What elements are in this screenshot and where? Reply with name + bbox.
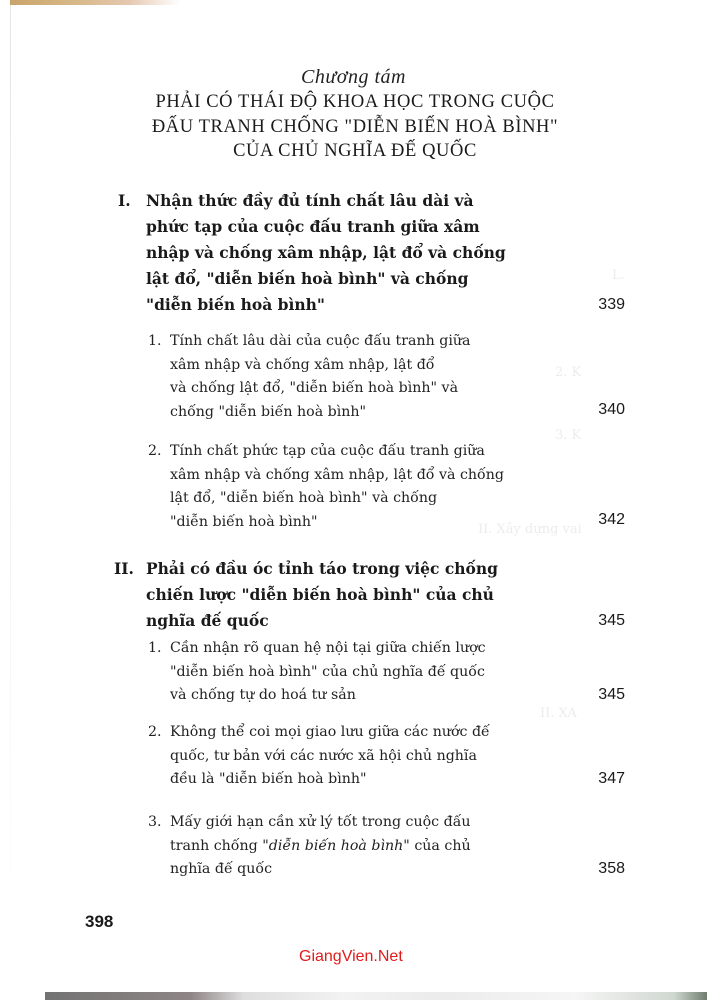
chapter-title: PHẢI CÓ THÁI ĐỘ KHOA HỌC TRONG CUỘC ĐẤU …	[130, 90, 580, 164]
page-number: 358	[598, 860, 625, 878]
page-number: 342	[598, 511, 625, 529]
subsection-title: Tính chất phức tạp của cuộc đấu tranh gi…	[170, 440, 504, 534]
chapter-label: Chương tám	[0, 66, 707, 89]
folio-page-number: 398	[85, 912, 113, 932]
subsection-numeral: 2.	[148, 721, 162, 745]
section-title-line: phức tạp của cuộc đấu tranh giữa xâm	[146, 214, 506, 240]
subsection-title-line: xâm nhập và chống xâm nhập, lật đổ	[170, 354, 471, 378]
subsection-text: của chủ	[410, 838, 471, 854]
subsection-numeral: 3.	[148, 811, 162, 835]
section-title-line: "diễn biến hoà bình"	[146, 292, 506, 318]
subsection-title-line: Mấy giới hạn cần xử lý tốt trong cuộc đấ…	[170, 811, 471, 835]
chapter-title-line: ĐẤU TRANH CHỐNG "DIỄN BIẾN HOÀ BÌNH"	[130, 115, 580, 140]
subsection-title-line: Không thể coi mọi giao lưu giữa các nước…	[170, 721, 490, 745]
section-title-line: nhập và chống xâm nhập, lật đổ và chống	[146, 240, 506, 266]
scan-edge-bottom	[45, 992, 707, 1000]
subsection-title-line: tranh chống "diễn biến hoà bình" của chủ	[170, 835, 471, 859]
section-numeral: I.	[118, 188, 131, 214]
section-title-line: lật đổ, "diễn biến hoà bình" và chống	[146, 266, 506, 292]
page-number: 339	[598, 296, 625, 314]
subsection-numeral: 1.	[148, 637, 162, 661]
subsection-title-line: Tính chất lâu dài của cuộc đấu tranh giữ…	[170, 330, 471, 354]
subsection-title: Không thể coi mọi giao lưu giữa các nước…	[170, 721, 490, 792]
scan-edge-left	[10, 5, 11, 955]
page-number: 340	[598, 401, 625, 419]
subsection-italic-phrase: "diễn biến hoà bình"	[262, 838, 410, 854]
subsection-title-line: Cần nhận rõ quan hệ nội tại giữa chiến l…	[170, 637, 486, 661]
bleed-through-text: 2. K	[555, 365, 581, 380]
subsection-title-line: "diễn biến hoà bình"	[170, 511, 504, 535]
bleed-through-text: 3. K	[555, 428, 581, 443]
subsection-title-line: "diễn biến hoà bình" của chủ nghĩa đế qu…	[170, 661, 486, 685]
chapter-title-line: CỦA CHỦ NGHĨA ĐẾ QUỐC	[130, 139, 580, 164]
section-title-line: nghĩa đế quốc	[146, 608, 498, 634]
subsection-title-line: quốc, tư bản với các nước xã hội chủ ngh…	[170, 745, 490, 769]
section-title-line: Nhận thức đầy đủ tính chất lâu dài và	[146, 188, 506, 214]
subsection-title-line: nghĩa đế quốc	[170, 858, 471, 882]
subsection-title-line: đều là "diễn biến hoà bình"	[170, 768, 490, 792]
book-page: L. 2. K 3. K II. Xây dựng vai II. XA Chư…	[0, 0, 707, 1000]
scan-edge-top	[10, 0, 180, 5]
bleed-through-text: L.	[612, 268, 625, 283]
subsection-title: Tính chất lâu dài của cuộc đấu tranh giữ…	[170, 330, 471, 424]
section-title-line: chiến lược "diễn biến hoà bình" của chủ	[146, 582, 498, 608]
subsection-title-line: Tính chất phức tạp của cuộc đấu tranh gi…	[170, 440, 504, 464]
page-number: 345	[598, 686, 625, 704]
subsection-title: Cần nhận rõ quan hệ nội tại giữa chiến l…	[170, 637, 486, 708]
subsection-numeral: 1.	[148, 330, 162, 354]
section-title-line: Phải có đầu óc tỉnh táo trong việc chống	[146, 556, 498, 582]
section-numeral: II.	[114, 556, 134, 582]
subsection-title-line: lật đổ, "diễn biến hoà bình" và chống	[170, 487, 504, 511]
subsection-title-line: và chống lật đổ, "diễn biến hoà bình" và	[170, 377, 471, 401]
section-title: Nhận thức đầy đủ tính chất lâu dài và ph…	[146, 188, 506, 318]
subsection-numeral: 2.	[148, 440, 162, 464]
subsection-title-line: và chống tự do hoá tư sản	[170, 684, 486, 708]
page-number: 345	[598, 612, 625, 630]
watermark-link[interactable]: GiangVien.Net	[299, 948, 403, 966]
subsection-title: Mấy giới hạn cần xử lý tốt trong cuộc đấ…	[170, 811, 471, 882]
subsection-title-line: xâm nhập và chống xâm nhập, lật đổ và ch…	[170, 464, 504, 488]
bleed-through-text: II. XA	[540, 706, 577, 721]
section-title: Phải có đầu óc tỉnh táo trong việc chống…	[146, 556, 498, 634]
page-number: 347	[598, 770, 625, 788]
chapter-title-line: PHẢI CÓ THÁI ĐỘ KHOA HỌC TRONG CUỘC	[130, 90, 580, 115]
subsection-text: tranh chống	[170, 838, 262, 854]
subsection-title-line: chống "diễn biến hoà bình"	[170, 401, 471, 425]
